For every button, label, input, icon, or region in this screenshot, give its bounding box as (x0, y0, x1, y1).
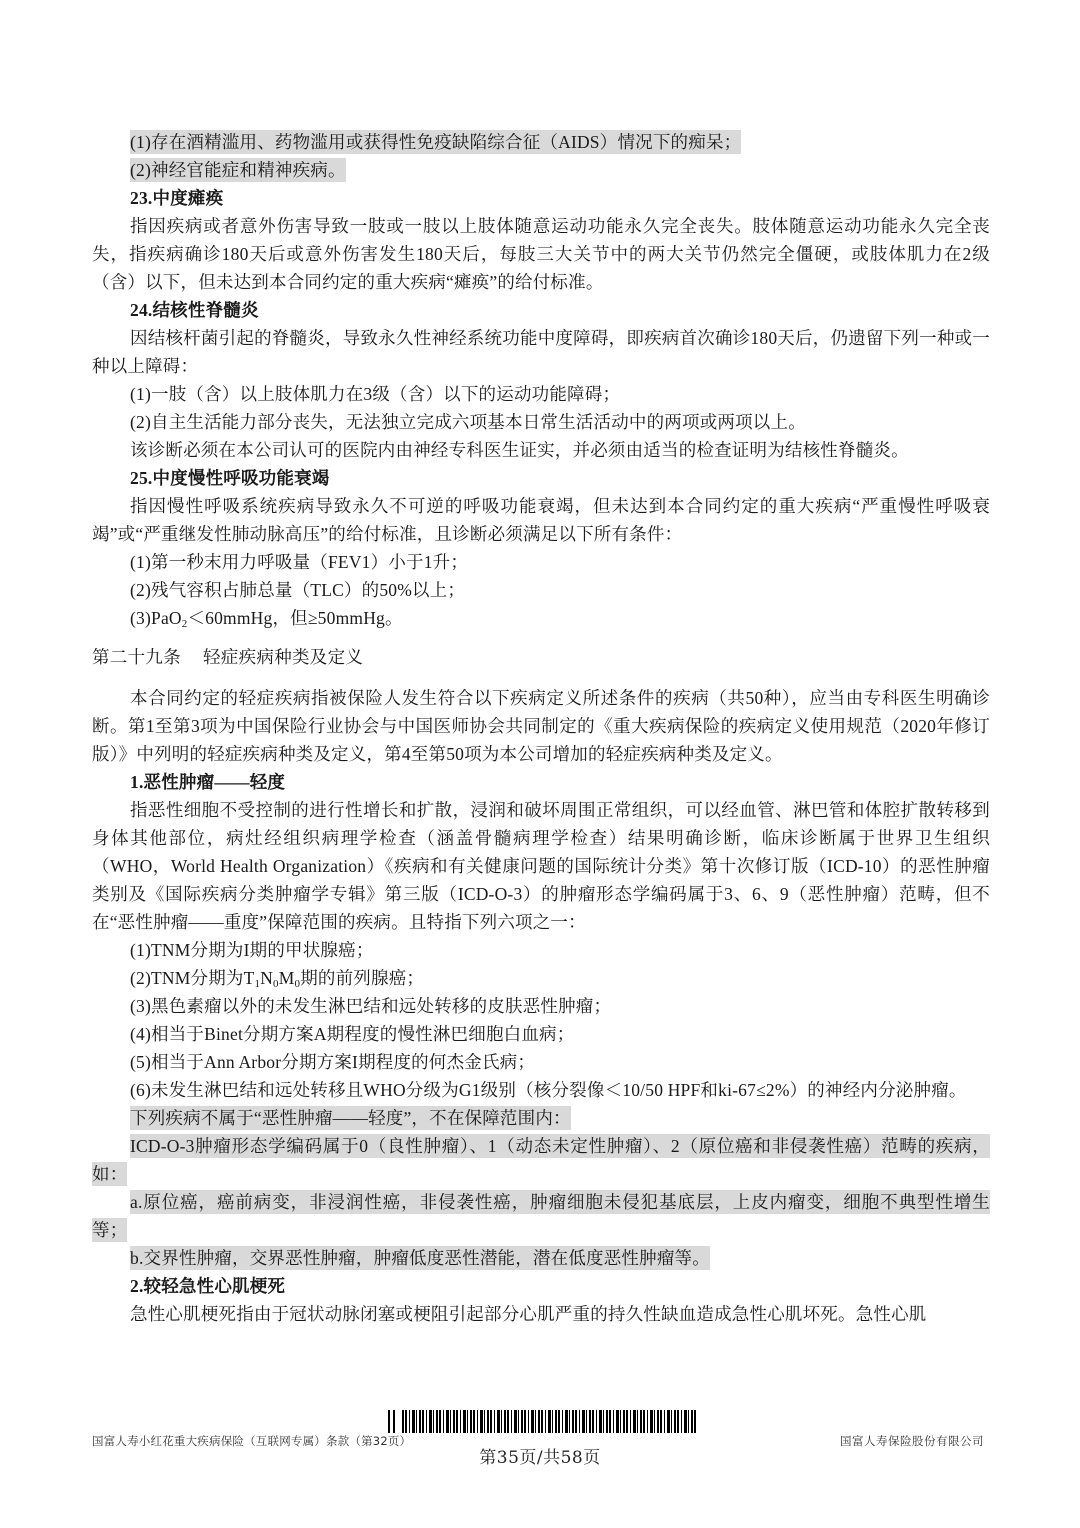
highlighted-text: a.原位癌，癌前病变，非浸润性癌，非侵袭性癌，肿瘤细胞未侵犯基底层，上皮内瘤变，… (92, 1190, 990, 1242)
highlighted-text: 下列疾病不属于“恶性肿瘤——轻度”，不在保障范围内： (130, 1106, 571, 1130)
section-heading-23: 23.中度瘫痪 (92, 184, 990, 212)
article-number: 第二十九条 (92, 647, 181, 667)
article-heading: 第二十九条轻症疾病种类及定义 (92, 643, 990, 671)
exclusion-body: ICD-O-3肿瘤形态学编码属于0（良性肿瘤）、1（动态未定性肿瘤）、2（原位癌… (92, 1132, 990, 1188)
article-intro: 本合同约定的轻症疾病指被保险人发生符合以下疾病定义所述条件的疾病（共50种），应… (92, 684, 990, 768)
highlighted-text: (2)神经官能症和精神疾病。 (130, 158, 346, 182)
footer-company-name: 国富人寿保险股份有限公司 (840, 1433, 984, 1449)
document-page: (1)存在酒精滥用、药物滥用或获得性免疫缺陷综合征（AIDS）情况下的痴呆； (… (92, 128, 990, 1328)
section-heading-mild-2: 2.较轻急性心肌梗死 (92, 1272, 990, 1300)
highlighted-text: ICD-O-3肿瘤形态学编码属于0（良性肿瘤）、1（动态未定性肿瘤）、2（原位癌… (92, 1134, 990, 1186)
list-item: (6)未发生淋巴结和远处转移且WHO分级为G1级别（核分裂像＜10/50 HPF… (92, 1076, 990, 1104)
barcode-icon (388, 1410, 698, 1433)
list-item: (1)存在酒精滥用、药物滥用或获得性免疫缺陷综合征（AIDS）情况下的痴呆； (92, 128, 990, 156)
section-body-mild-2: 急性心肌梗死指由于冠状动脉闭塞或梗阻引起部分心肌严重的持久性缺血造成急性心肌坏死… (92, 1300, 990, 1328)
article-title: 轻症疾病种类及定义 (203, 647, 363, 667)
list-item: (2)自主生活能力部分丧失，无法独立完成六项基本日常生活活动中的两项或两项以上。 (92, 408, 990, 436)
highlighted-text: b.交界性肿瘤，交界恶性肿瘤，肿瘤低度恶性潜能，潜在低度恶性肿瘤等。 (130, 1246, 710, 1270)
section-heading-24: 24.结核性脊髓炎 (92, 296, 990, 324)
list-item: (1)第一秒末用力呼吸量（FEV1）小于1升； (92, 548, 990, 576)
list-item: (1)TNM分期为I期的甲状腺癌； (92, 936, 990, 964)
section-body-mild-1: 指恶性细胞不受控制的进行性增长和扩散，浸润和破坏周围正常组织，可以经血管、淋巴管… (92, 796, 990, 936)
section-heading-25: 25.中度慢性呼吸功能衰竭 (92, 464, 990, 492)
section-body-24: 因结核杆菌引起的脊髓炎，导致永久性神经系统功能中度障碍，即疾病首次确诊180天后… (92, 324, 990, 380)
list-item: (5)相当于Ann Arbor分期方案I期程度的何杰金氏病； (92, 1048, 990, 1076)
list-item: (3)黑色素瘤以外的未发生淋巴结和远处转移的皮肤恶性肿瘤； (92, 992, 990, 1020)
list-item: (1)一肢（含）以上肢体肌力在3级（含）以下的运动功能障碍； (92, 380, 990, 408)
section-body-25: 指因慢性呼吸系统疾病导致永久不可逆的呼吸功能衰竭，但未达到本合同约定的重大疾病“… (92, 492, 990, 548)
list-item: (2)TNM分期为T1N0M0期的前列腺癌； (92, 964, 990, 992)
list-item: (2)神经官能症和精神疾病。 (92, 156, 990, 184)
highlighted-text: (1)存在酒精滥用、药物滥用或获得性免疫缺陷综合征（AIDS）情况下的痴呆； (130, 130, 741, 154)
list-item: (3)PaO2＜60mmHg，但≥50mmHg。 (92, 604, 990, 632)
list-item: (2)残气容积占肺总量（TLC）的50%以上； (92, 576, 990, 604)
exclusion-title: 下列疾病不属于“恶性肿瘤——轻度”，不在保障范围内： (92, 1104, 990, 1132)
section-body-23: 指因疾病或者意外伤害导致一肢或一肢以上肢体随意运动功能永久完全丧失。肢体随意运动… (92, 212, 990, 296)
exclusion-item-b: b.交界性肿瘤，交界恶性肿瘤，肿瘤低度恶性潜能，潜在低度恶性肿瘤等。 (92, 1244, 990, 1272)
exclusion-item-a: a.原位癌，癌前病变，非浸润性癌，非侵袭性癌，肿瘤细胞未侵犯基底层，上皮内瘤变，… (92, 1188, 990, 1244)
section-note-24: 该诊断必须在本公司认可的医院内由神经专科医生证实，并必须由适当的检查证明为结核性… (92, 436, 990, 464)
section-heading-mild-1: 1.恶性肿瘤——轻度 (92, 768, 990, 796)
list-item: (4)相当于Binet分期方案A期程度的慢性淋巴细胞白血病； (92, 1020, 990, 1048)
